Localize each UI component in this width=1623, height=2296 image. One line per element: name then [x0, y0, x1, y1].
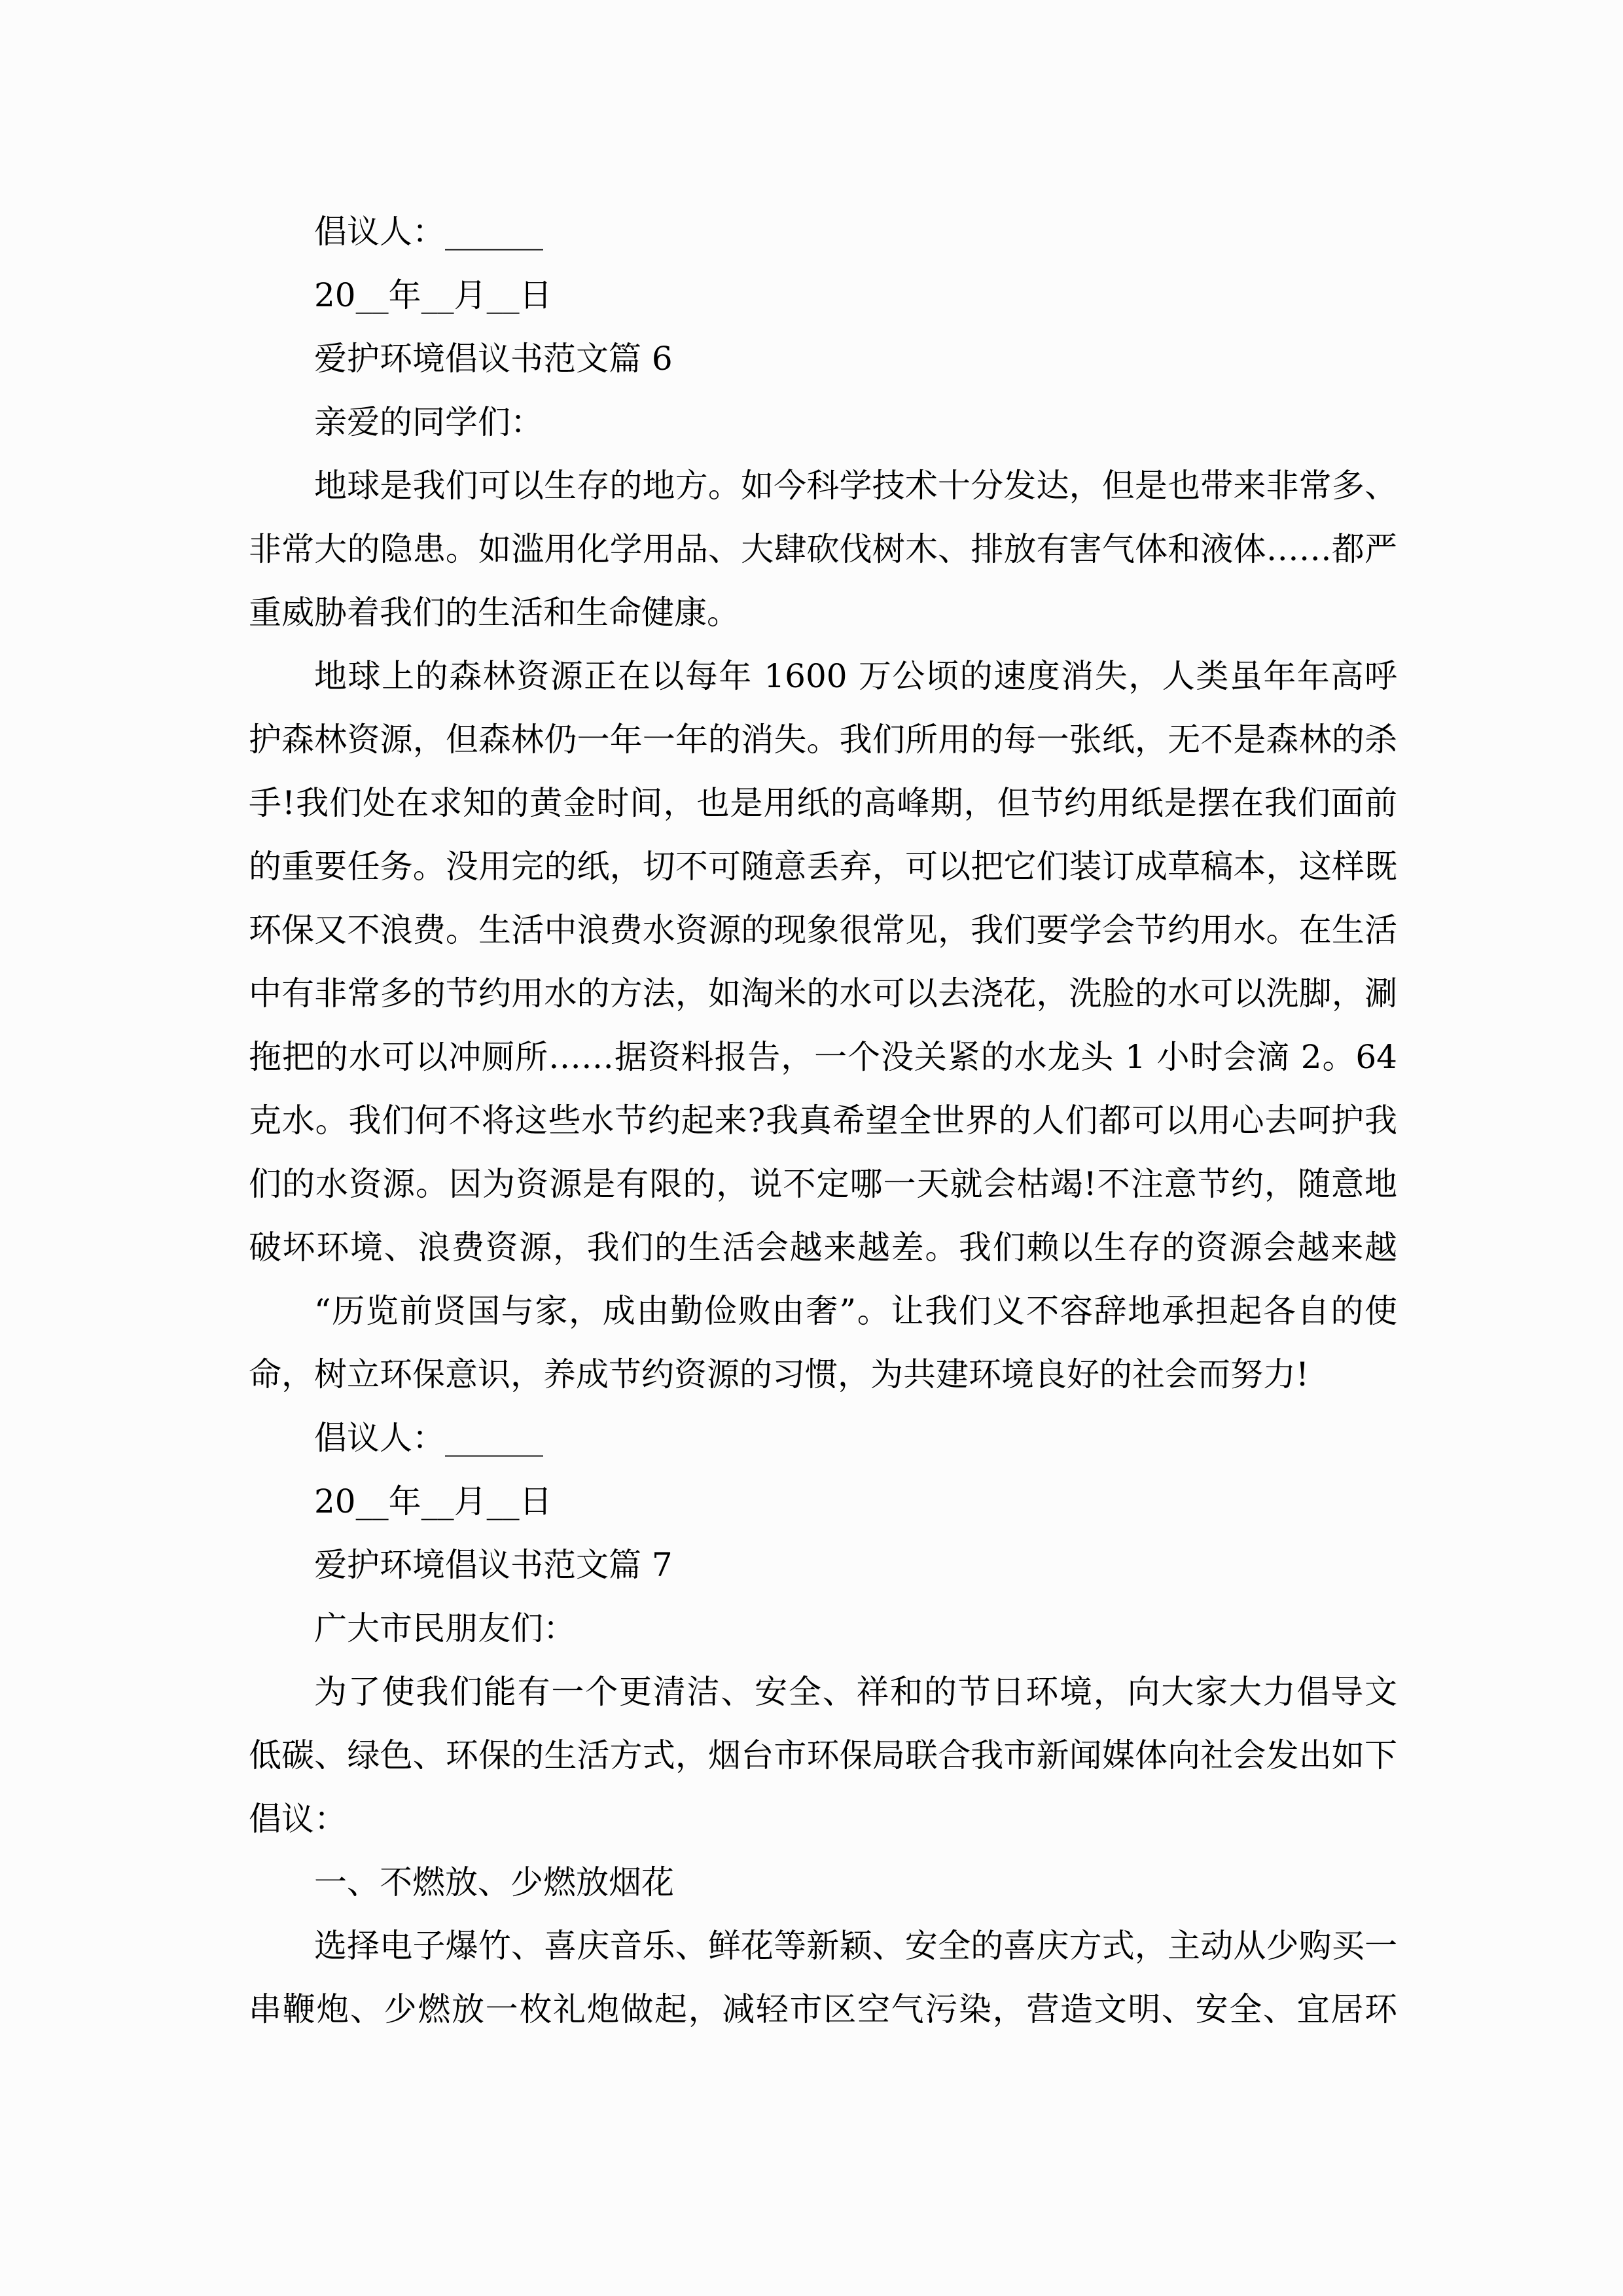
document-line: 的重要任务。没用完的纸，切不可随意丢弃，可以把它们装订成草稿本，这样既 [249, 835, 1397, 899]
document-line: 非常大的隐患。如滥用化学用品、大肆砍伐树木、排放有害气体和液体……都严 [249, 518, 1397, 581]
document-line: 护森林资源，但森林仍一年一年的消失。我们所用的每一张纸，无不是森林的杀 [249, 708, 1397, 772]
document-line: 广大市民朋友们： [249, 1597, 1397, 1660]
document-line: 环保又不浪费。生活中浪费水资源的现象很常见，我们要学会节约用水。在生活 [249, 899, 1397, 962]
document-line: 中有非常多的节约用水的方法，如淘米的水可以去浇花，洗脸的水可以洗脚，涮 [249, 962, 1397, 1026]
document-line: “历览前贤国与家，成由勤俭败由奢”。让我们义不容辞地承担起各自的使 [249, 1280, 1397, 1343]
document-line: 命，树立环保意识，养成节约资源的习惯，为共建环境良好的社会而努力! [249, 1343, 1397, 1407]
document-line: 地球是我们可以生存的地方。如今科学技术十分发达，但是也带来非常多、 [249, 454, 1397, 518]
document-line: 20__年__月__日 [249, 1470, 1397, 1534]
document-line: 亲爱的同学们： [249, 391, 1397, 454]
document-line: 一、不燃放、少燃放烟花 [249, 1851, 1397, 1914]
document-page: 倡议人：______20__年__月__日爱护环境倡议书范文篇 6亲爱的同学们：… [0, 0, 1623, 2296]
document-line: 低碳、绿色、环保的生活方式，烟台市环保局联合我市新闻媒体向社会发出如下 [249, 1724, 1397, 1787]
document-line: 倡议人：______ [249, 1407, 1397, 1470]
document-line: 选择电子爆竹、喜庆音乐、鲜花等新颖、安全的喜庆方式，主动从少购买一 [249, 1914, 1397, 1978]
document-line: 爱护环境倡议书范文篇 6 [249, 327, 1397, 391]
document-line: 倡议人：______ [249, 200, 1397, 264]
document-line: 倡议： [249, 1787, 1397, 1851]
document-line: 地球上的森林资源正在以每年 1600 万公顷的速度消失，人类虽年年高呼保 [249, 645, 1397, 708]
document-line: 们的水资源。因为资源是有限的，说不定哪一天就会枯竭!不注意节约，随意地 [249, 1153, 1397, 1216]
document-line: 克水。我们何不将这些水节约起来?我真希望全世界的人们都可以用心去呵护我 [249, 1089, 1397, 1153]
document-line: 串鞭炮、少燃放一枚礼炮做起，减轻市区空气污染，营造文明、安全、宜居环境。 [249, 1978, 1397, 2041]
document-line: 爱护环境倡议书范文篇 7 [249, 1534, 1397, 1597]
document-line: 20__年__月__日 [249, 264, 1397, 327]
document-line: 破坏环境、浪费资源，我们的生活会越来越差。我们赖以生存的资源会越来越少。 [249, 1216, 1397, 1280]
document-line: 拖把的水可以冲厕所……据资料报告，一个没关紧的水龙头 1 小时会滴 2。64 千 [249, 1026, 1397, 1089]
document-line: 手!我们处在求知的黄金时间，也是用纸的高峰期，但节约用纸是摆在我们面前 [249, 772, 1397, 835]
document-line: 为了使我们能有一个更清洁、安全、祥和的节日环境，向大家大力倡导文明、 [249, 1660, 1397, 1724]
document-body: 倡议人：______20__年__月__日爱护环境倡议书范文篇 6亲爱的同学们：… [249, 200, 1397, 2041]
document-line: 重威胁着我们的生活和生命健康。 [249, 581, 1397, 645]
